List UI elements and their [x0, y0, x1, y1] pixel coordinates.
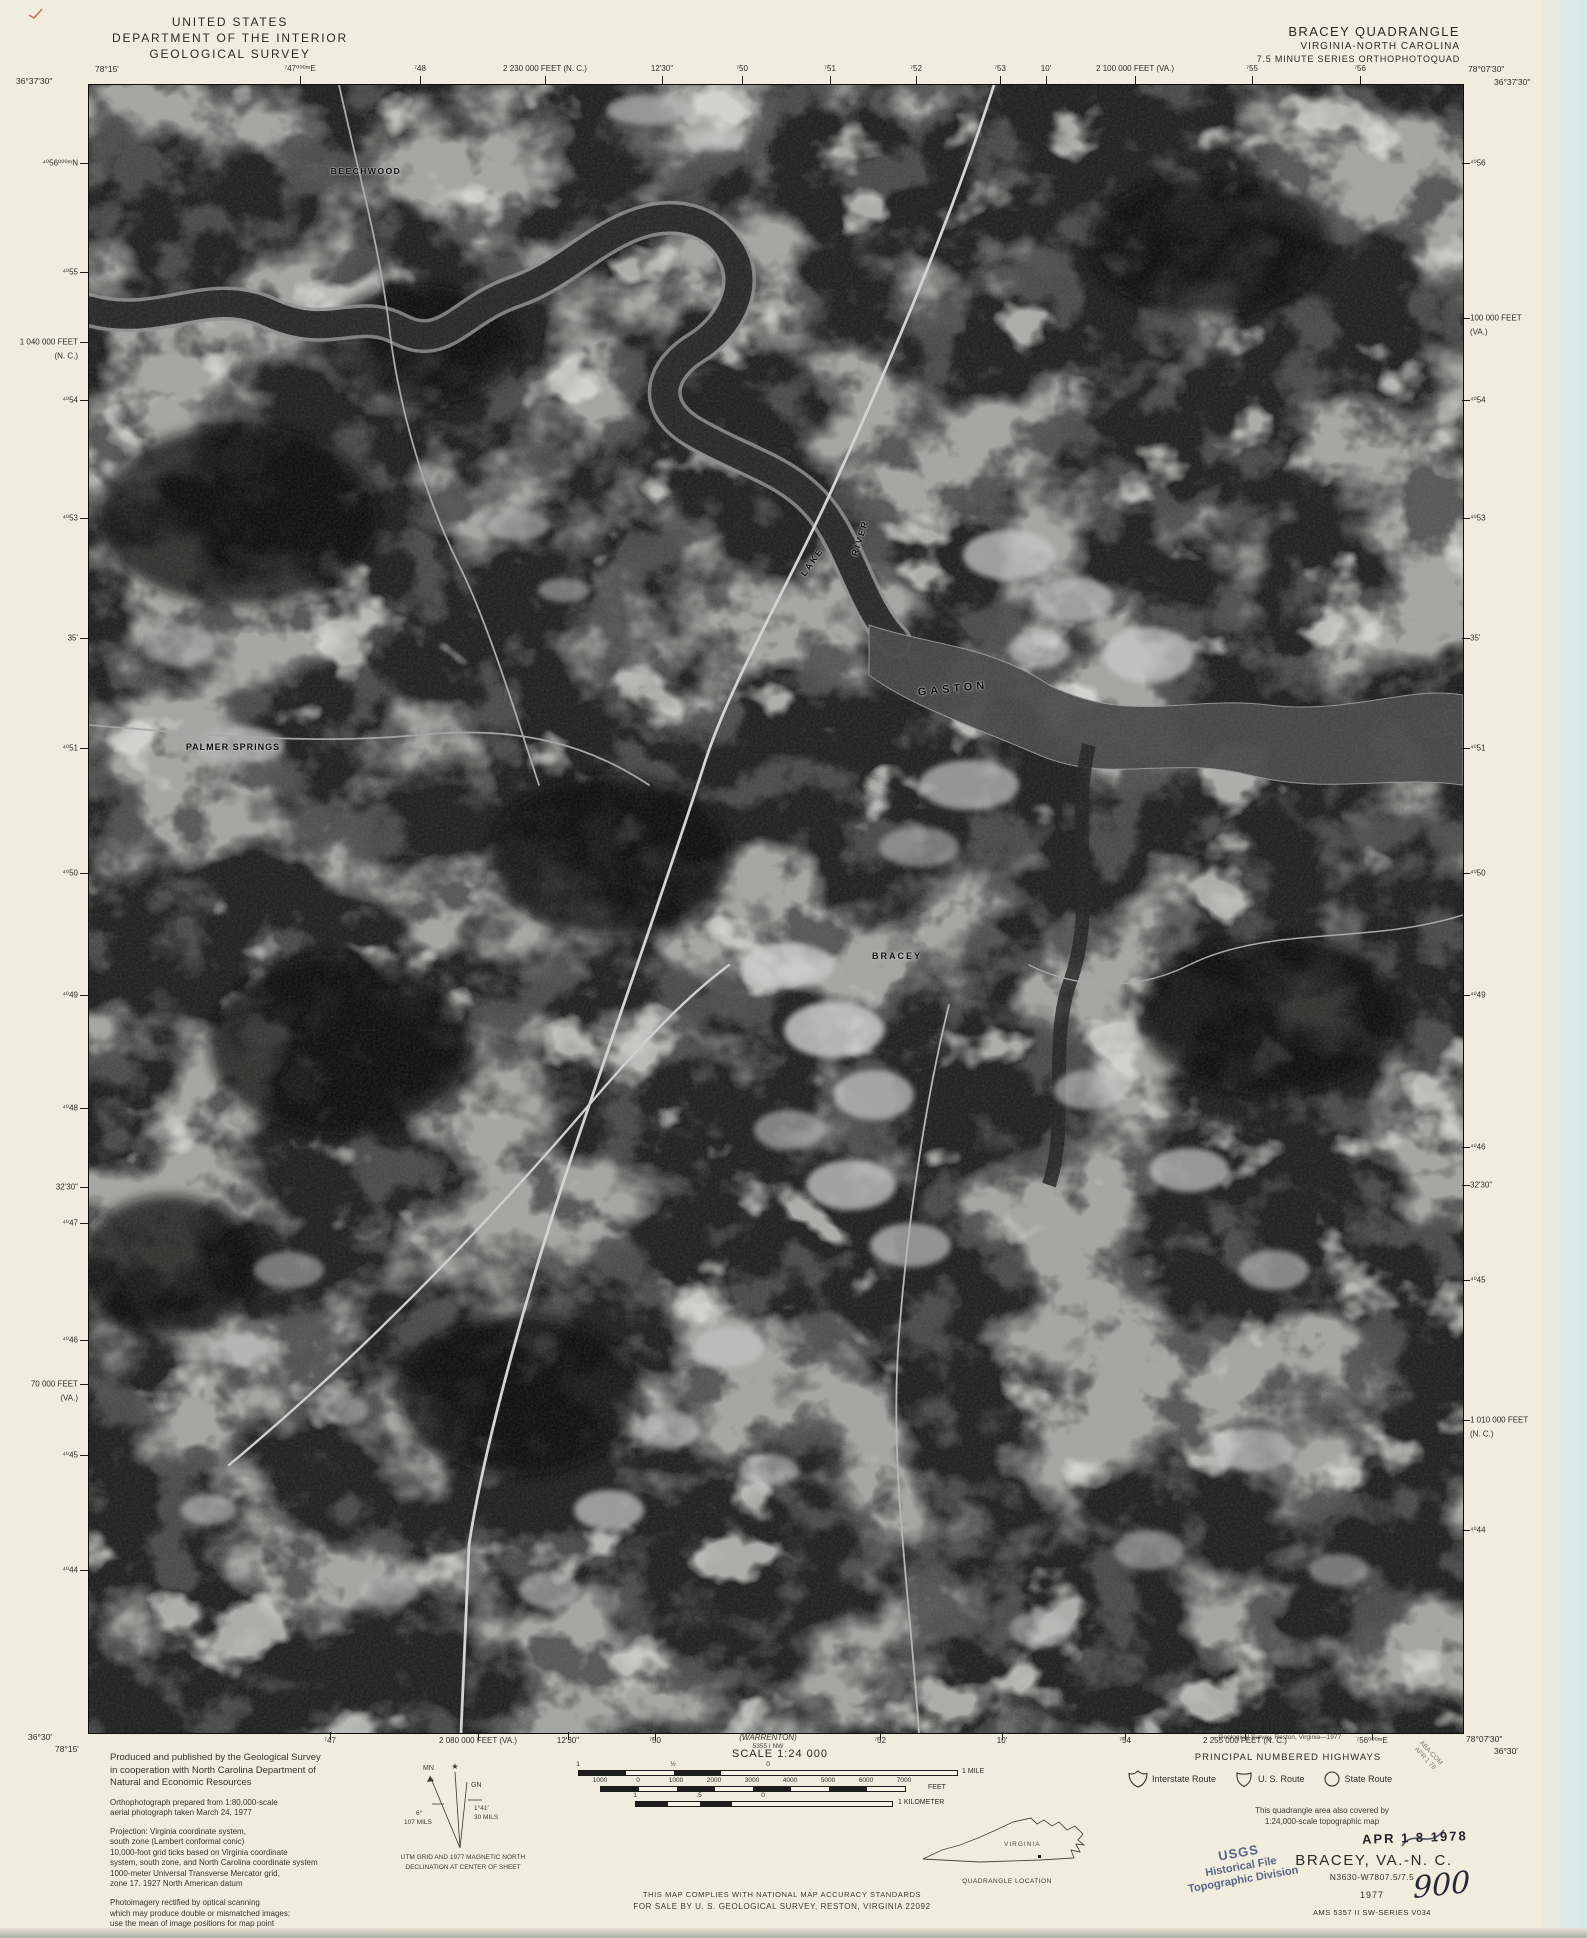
declination-caption-line: UTM GRID AND 1977 MAGNETIC NORTH [401, 1853, 525, 1863]
grid-label-top: ⁷52 [910, 64, 922, 73]
scale-number: 6000 [859, 1777, 873, 1784]
grid-label-right: ⁴⁰44 [1470, 1526, 1486, 1535]
scale-bar [600, 1786, 906, 1792]
grid-tick [1360, 76, 1361, 84]
grid-tick [1462, 748, 1470, 749]
credits-line: zone 17. 1927 North American datum [110, 1879, 420, 1890]
scale-bar-segment [764, 1802, 892, 1806]
corner-coord: 78°07'30" [1466, 1734, 1502, 1744]
credits-line: 1000-meter Universal Transverse Mercator… [110, 1869, 420, 1880]
grid-tick [1462, 1280, 1470, 1281]
agency-line-1: UNITED STATES [60, 14, 400, 30]
grid-tick [830, 76, 831, 84]
coverage-note-line: 1:24,000-scale topographic map [1265, 1817, 1379, 1826]
grid-tick [80, 1187, 88, 1188]
quadrangle-location-caption: QUADRANGLE LOCATION [962, 1878, 1052, 1885]
scale-unit: 1 MILE [962, 1768, 984, 1775]
grid-label-left: (N. C.) [0, 352, 78, 361]
scale-number: 5000 [821, 1777, 835, 1784]
grid-tick [1462, 400, 1470, 401]
grid-label-top: ⁷48 [414, 64, 426, 73]
grid-label-right: ⁴⁰45 [1470, 1276, 1486, 1285]
grid-tick [478, 1732, 479, 1740]
scale-bar-segment [639, 1787, 677, 1791]
map-series-code: AMS 5357 II SW-SERIES V034 [1313, 1908, 1431, 1917]
credits-line: Natural and Economic Resources [110, 1777, 420, 1790]
scale-bar-segment [674, 1771, 721, 1775]
quad-series: 7.5 MINUTE SERIES ORTHOPHOTOQUAD [1257, 54, 1460, 64]
grid-tick [1000, 76, 1001, 84]
grid-tick [80, 748, 88, 749]
grid-label-top: ⁷56 [1354, 64, 1366, 73]
grid-label-top: ⁷50 [736, 64, 748, 73]
grid-label-top: 12'30" [651, 64, 673, 73]
scale-bar-segment [769, 1771, 957, 1775]
state-outline-map: VIRGINIA [920, 1815, 1095, 1875]
corner-coord: 78°15' [55, 1744, 79, 1754]
mn-degrees: 6° [416, 1809, 423, 1817]
highway-legend-interstate: Interstate Route [1128, 1770, 1216, 1788]
scale-number: 0 [766, 1761, 770, 1768]
scale-number: .5 [696, 1792, 701, 1799]
credits-paragraph: Projection: Virginia coordinate system,s… [110, 1827, 420, 1890]
grid-tick [1462, 518, 1470, 519]
grid-tick [1046, 76, 1047, 84]
grid-tick [742, 76, 743, 84]
grid-label-left: ⁴⁰46 [0, 1336, 78, 1345]
highways-title: PRINCIPAL NUMBERED HIGHWAYS [1195, 1752, 1381, 1763]
declination-caption-line: DECLINATION AT CENTER OF SHEET [401, 1863, 525, 1873]
grid-label-right: 1 010 000 FEET [1470, 1416, 1528, 1425]
grid-label-left: ⁴⁰45 [0, 1451, 78, 1460]
declination-caption: UTM GRID AND 1977 MAGNETIC NORTH DECLINA… [401, 1853, 525, 1873]
grid-label-left: ⁴⁰49 [0, 991, 78, 1000]
grid-label-top: ⁷47⁰⁰⁰ᵐE [284, 64, 315, 73]
corner-coord: 36°30' [28, 1732, 52, 1742]
grid-tick [1462, 638, 1470, 639]
quad-title: BRACEY QUADRANGLE [1257, 24, 1460, 39]
scanned-map-sheet: UNITED STATES DEPARTMENT OF THE INTERIOR… [0, 0, 1587, 1938]
grid-tick [1462, 1147, 1470, 1148]
grid-label-left: 32'30" [0, 1183, 78, 1192]
grid-label-right: ⁴⁰50 [1470, 869, 1486, 878]
grid-tick [80, 1455, 88, 1456]
grid-label-right: ⁴⁰54 [1470, 396, 1486, 405]
corner-receipt-stamp: ABA-COM APR 1 78 [1411, 1740, 1444, 1774]
map-title: BRACEY, VA.-N. C. [1295, 1852, 1453, 1869]
handwritten-number: 900 [1413, 1865, 1470, 1906]
grid-tick [662, 76, 663, 84]
gn-mils: 30 MILS [474, 1814, 499, 1821]
scale-bar-segment [677, 1787, 715, 1791]
scale-number: 1 [633, 1792, 637, 1799]
grid-tick [1462, 995, 1470, 996]
credits-paragraph: Photoimagery rectified by optical scanni… [110, 1898, 420, 1930]
scale-bar-segment [579, 1771, 626, 1775]
usgs-historical-file-stamp: USGS Historical File Topographic Divisio… [1182, 1836, 1299, 1897]
quad-states: VIRGINIA-NORTH CAROLINA [1257, 41, 1460, 52]
grid-tick [1002, 1732, 1003, 1740]
grid-label-right: ⁴⁰51 [1470, 744, 1486, 753]
grid-tick [420, 76, 421, 84]
mn-mils: 107 MILS [404, 1819, 432, 1826]
grid-tick [1462, 1530, 1470, 1531]
grid-tick [1462, 1420, 1470, 1421]
magnetic-north-label: MN [423, 1765, 434, 1772]
corner-coord: 36°37'30" [16, 76, 52, 86]
highway-legend-label: State Route [1345, 1774, 1393, 1784]
scale-bar-segment [867, 1787, 905, 1791]
highway-legend-label: U. S. Route [1258, 1774, 1305, 1784]
scale-bar-segment [626, 1771, 674, 1775]
grid-tick [80, 1223, 88, 1224]
credits-paragraph: Orthophotograph prepared from 1:80,000-s… [110, 1798, 420, 1819]
scale-bar-segment [791, 1787, 829, 1791]
grid-tick [80, 518, 88, 519]
quadrangle-header: BRACEY QUADRANGLE VIRGINIA-NORTH CAROLIN… [1257, 24, 1460, 64]
grid-label-right: (VA.) [1470, 328, 1488, 337]
grid-tick [1135, 76, 1136, 84]
grid-tick [80, 1108, 88, 1109]
corner-coord: 36°37'30" [1494, 77, 1530, 87]
grid-tick [1462, 1185, 1470, 1186]
grid-tick [880, 1732, 881, 1740]
grid-tick [80, 342, 88, 343]
highways-legend: Interstate Route U. S. Route State Route [1128, 1770, 1458, 1788]
scale-bar-segment [715, 1787, 753, 1791]
credits-line: south zone (Lambert conformal conic) [110, 1837, 420, 1848]
scale-number: 1000 [593, 1777, 607, 1784]
grid-label-right: (N. C.) [1470, 1430, 1494, 1439]
grid-label-top: ⁷51 [824, 64, 836, 73]
grid-label-left: ⁴⁰53 [0, 514, 78, 523]
scale-bar-segment [732, 1802, 764, 1806]
grid-label-right: ⁴⁰46 [1470, 1143, 1486, 1152]
grid-tick [1252, 76, 1253, 84]
grid-tick [300, 76, 301, 84]
grid-tick [1372, 1732, 1373, 1740]
scale-unit: FEET [928, 1784, 946, 1791]
map-reference-code: N3630-W7807.5/7.5 [1330, 1872, 1415, 1882]
grid-label-left: ⁴⁰47 [0, 1219, 78, 1228]
grid-label-top: 10' [1041, 64, 1051, 73]
scale-number: 0 [761, 1792, 765, 1799]
grid-tick [330, 1732, 331, 1740]
agency-line-2: DEPARTMENT OF THE INTERIOR [60, 30, 400, 46]
grid-label-left: ⁴⁰51 [0, 744, 78, 753]
pen-mark [1398, 1824, 1458, 1852]
scale-number: 4000 [783, 1777, 797, 1784]
grid-tick [80, 272, 88, 273]
survey-credit-line: —Geological Survey, Reston, Virginia—197… [1212, 1734, 1341, 1741]
grid-tick [916, 76, 917, 84]
scale-title: SCALE 1:24 000 [732, 1748, 828, 1760]
grid-tick [545, 76, 546, 84]
corner-coord: 78°15' [95, 64, 119, 74]
grid-tick [80, 995, 88, 996]
grid-label-left: (VA.) [0, 1394, 78, 1403]
credits-line: Projection: Virginia coordinate system, [110, 1827, 420, 1838]
grid-label-top: ⁷55 [1246, 64, 1258, 73]
accuracy-note: THIS MAP COMPLIES WITH NATIONAL MAP ACCU… [643, 1890, 921, 1899]
grid-label-right: 35' [1470, 634, 1480, 643]
grid-label-right: ⁴⁰53 [1470, 514, 1486, 523]
grid-label-left: ⁴⁰50 [0, 869, 78, 878]
adjoining-quad-name: (WARRENTON) [739, 1733, 796, 1742]
interstate-shield-icon [1128, 1770, 1148, 1788]
credits-line: which may produce double or mismatched i… [110, 1909, 420, 1920]
scale-number: 1 [576, 1761, 580, 1768]
grid-tick [1462, 318, 1470, 319]
coverage-note-line: This quadrangle area also covered by [1255, 1806, 1389, 1815]
credits-line: use the mean of image positions for map … [110, 1919, 420, 1930]
credits-line: Photoimagery rectified by optical scanni… [110, 1898, 420, 1909]
grid-label-top: 2 230 000 FEET (N. C.) [503, 64, 587, 73]
grid-label-left: ⁴⁰56⁰⁰⁰ᵐN [0, 159, 78, 168]
scale-bar-segment [753, 1787, 791, 1791]
scale-number: 7000 [897, 1777, 911, 1784]
red-pen-mark [28, 8, 44, 20]
grid-label-left: ⁴⁰44 [0, 1566, 78, 1575]
corner-coord: 36°30' [1494, 1746, 1518, 1756]
scale-bar-segment [636, 1802, 668, 1806]
grid-label-left: 1 040 000 FEET [0, 338, 78, 347]
aerial-photo [89, 85, 1463, 1733]
scale-bar [635, 1801, 893, 1807]
grid-label-left: 70 000 FEET [0, 1380, 78, 1389]
credits-line: in cooperation with North Carolina Depar… [110, 1765, 420, 1778]
state-route-circle-icon [1323, 1770, 1341, 1788]
grid-north-label: GN [471, 1782, 482, 1789]
grid-tick [655, 1732, 656, 1740]
credits-line: Produced and published by the Geological… [110, 1752, 420, 1765]
agency-line-3: GEOLOGICAL SURVEY [60, 46, 400, 62]
grid-tick [80, 1570, 88, 1571]
scale-bar-segment [700, 1802, 732, 1806]
state-name: VIRGINIA [1004, 1841, 1041, 1848]
grid-tick [1462, 873, 1470, 874]
map-year: 1977 [1360, 1890, 1384, 1900]
gn-degrees: 1°41' [474, 1804, 489, 1812]
credits-block: Produced and published by the Geological… [110, 1752, 420, 1938]
quad-location-dot [1038, 1855, 1041, 1858]
highway-legend-label: Interstate Route [1152, 1774, 1216, 1784]
scale-unit: 1 KILOMETER [898, 1799, 944, 1806]
grid-tick [80, 873, 88, 874]
credits-line: Orthophotograph prepared from 1:80,000-s… [110, 1798, 420, 1809]
credits-line: system, south zone, and North Carolina c… [110, 1858, 420, 1869]
grid-label-top: 2 100 000 FEET (VA.) [1096, 64, 1174, 73]
scale-number: 1000 [669, 1777, 683, 1784]
grid-tick [80, 1340, 88, 1341]
grid-label-right: 32'30" [1470, 1181, 1492, 1190]
us-route-shield-icon [1234, 1771, 1254, 1788]
orthophoto-map [88, 84, 1464, 1734]
credits-line: 10,000-foot grid ticks based on Virginia… [110, 1848, 420, 1859]
grid-label-right: 100 000 FEET [1470, 314, 1522, 323]
grid-label-left: ⁴⁰48 [0, 1104, 78, 1113]
credits-line: aerial photograph taken March 24, 1977 [110, 1808, 420, 1819]
grid-label-top: ⁷53 [994, 64, 1006, 73]
grid-tick [80, 163, 88, 164]
scale-number: 0 [636, 1777, 640, 1784]
grid-tick [80, 1384, 88, 1385]
scale-number: 3000 [745, 1777, 759, 1784]
credits-paragraph: Produced and published by the Geological… [110, 1752, 420, 1790]
grid-label-left: ⁴⁰54 [0, 396, 78, 405]
grid-label-right: ⁴⁰56 [1470, 159, 1486, 168]
scale-bar-segment [601, 1787, 639, 1791]
scale-bar [578, 1770, 958, 1776]
grid-label-right: ⁴⁰49 [1470, 991, 1486, 1000]
highway-legend-state-route: State Route [1323, 1770, 1393, 1788]
sale-note: FOR SALE BY U. S. GEOLOGICAL SURVEY, RES… [633, 1902, 930, 1911]
scale-bar-segment [829, 1787, 867, 1791]
grid-tick [80, 638, 88, 639]
scale-bar-segment [668, 1802, 700, 1806]
highway-legend-us-route: U. S. Route [1234, 1771, 1305, 1788]
corner-coord: 78°07'30" [1468, 64, 1504, 74]
grid-label-left: 35' [0, 634, 78, 643]
scan-edge-tint [1541, 0, 1587, 1938]
grid-label-left: ⁴⁰55 [0, 268, 78, 277]
agency-header: UNITED STATES DEPARTMENT OF THE INTERIOR… [60, 14, 400, 62]
declination-diagram: ★ MN GN 6° 107 MILS 1°41' 30 MILS [398, 1760, 528, 1850]
grid-tick [568, 1732, 569, 1740]
scale-bar-segment [721, 1771, 769, 1775]
true-north-star: ★ [451, 1762, 458, 1771]
grid-tick [1125, 1732, 1126, 1740]
scale-number: 2000 [707, 1777, 721, 1784]
grid-tick [1462, 163, 1470, 164]
grid-tick [80, 400, 88, 401]
scale-number: ½ [670, 1761, 675, 1768]
